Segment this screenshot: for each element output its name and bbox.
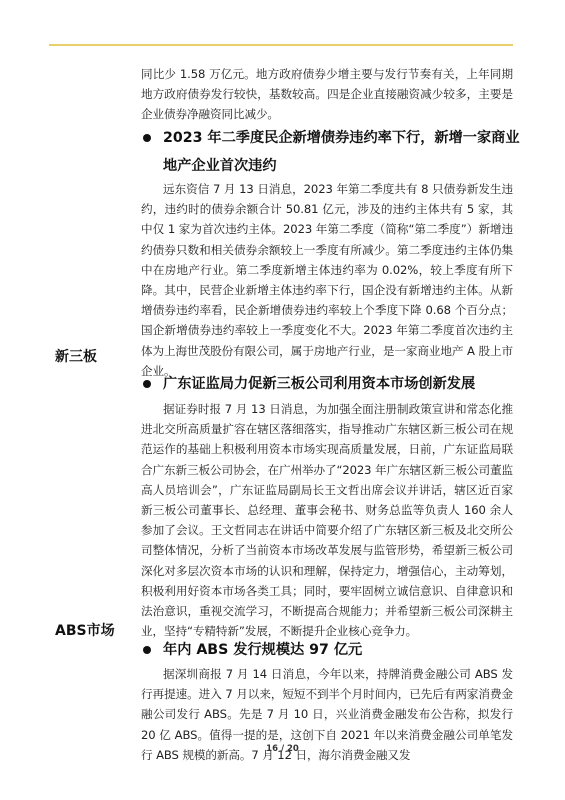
bullet-heading-text: 广东证监局力促新三板公司利用资本市场创新发展 xyxy=(141,370,521,398)
section-title-abs-market: ABS市场 xyxy=(55,620,115,640)
bullet-icon xyxy=(143,380,151,388)
section-title-neeq: 新三板 xyxy=(55,346,97,366)
bullet-icon xyxy=(143,134,151,142)
bullet-icon xyxy=(143,646,151,654)
bullet-heading-bond-default: 2023 年二季度民企新增债券违约率下行，新增一家商业地产企业首次违约 xyxy=(141,124,521,180)
bullet-heading-text: 年内 ABS 发行规模达 97 亿元 xyxy=(141,636,521,664)
bullet-heading-abs-issuance: 年内 ABS 发行规模达 97 亿元 xyxy=(141,636,521,664)
bullet-heading-text: 2023 年二季度民企新增债券违约率下行，新增一家商业地产企业首次违约 xyxy=(141,124,521,180)
bullet-heading-guangdong-csrc: 广东证监局力促新三板公司利用资本市场创新发展 xyxy=(141,370,521,398)
header-rule xyxy=(49,44,513,46)
guangdong-csrc-paragraph: 据证券时报 7 月 13 日消息，为加强全面注册制政策宣讲和常态化推进北交所高质… xyxy=(141,399,513,641)
page-number: 16 / 20 xyxy=(0,744,565,754)
intro-paragraph: 同比少 1.58 万亿元。地方政府债券少增主要与发行节奏有关，上年同期地方政府债… xyxy=(141,64,513,125)
bond-default-paragraph: 远东资信 7 月 13 日消息，2023 年第二季度共有 8 只债券新发生违约，… xyxy=(141,179,513,381)
